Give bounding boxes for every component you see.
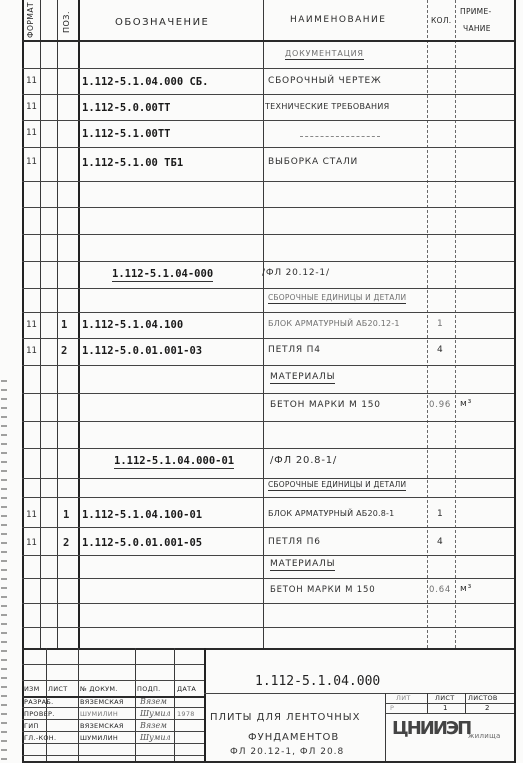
stamp-row-line — [22, 743, 204, 744]
row-line — [22, 603, 514, 604]
stamp-sheets-label: ЛИСТОВ — [468, 695, 498, 702]
cell-qty: 4 — [437, 538, 444, 547]
stamp-col-izm: ИЗМ — [24, 686, 40, 693]
row-line — [22, 478, 514, 479]
stamp-lit-value: Р — [390, 705, 394, 712]
binding-margin-marks — [1, 380, 7, 760]
cell-name: БЛОК АРМАТУРНЫЙ АБ20.12-1 — [268, 320, 400, 328]
role-date: 1978 — [177, 711, 195, 718]
variant2-mark: /ФЛ 20.8-1/ — [270, 456, 337, 466]
row-line — [22, 120, 514, 121]
stamp-organization-logo: ЦНИИЭП — [392, 720, 470, 738]
row-line — [22, 497, 514, 498]
stamp-row-line — [385, 713, 514, 714]
cell-unit: м³ — [460, 585, 472, 594]
stamp-sheet-value: 1 — [443, 705, 448, 712]
role-signature: Вязем — [140, 697, 167, 706]
header-designation: ОБОЗНАЧЕНИЕ — [115, 18, 209, 28]
header-note-line1: ПРИМЕ- — [460, 8, 492, 16]
cell-name: БЕТОН МАРКИ М 150 — [270, 586, 375, 595]
cell-name: ПЕТЛЯ П4 — [268, 346, 321, 355]
header-name: НАИМЕНОВАНИЕ — [290, 16, 386, 25]
col-divider-designation — [263, 0, 264, 648]
cell-qty: 0.96 — [429, 401, 451, 410]
cell-format: 11 — [26, 103, 37, 112]
cell-pos: 1 — [61, 320, 67, 331]
col-divider-format — [40, 0, 41, 648]
role-signature: Вязем — [140, 721, 167, 730]
stamp-title-line3: ФЛ 20.12-1, ФЛ 20.8 — [230, 748, 344, 757]
cell-designation: 1.112-5.0.00ТТ — [82, 103, 171, 114]
cell-format: 11 — [26, 77, 37, 86]
stamp-row-line — [22, 707, 204, 708]
header-qty: КОЛ. — [431, 17, 451, 25]
cell-qty: 0.64 — [429, 586, 451, 595]
row-line — [22, 261, 514, 262]
role-name: ШУМИЛИН — [80, 711, 118, 718]
stamp-row-line — [22, 755, 204, 756]
cell-name: ВЫБОРКА СТАЛИ — [268, 158, 358, 167]
stamp-title-line2: ФУНДАМЕНТОВ — [248, 733, 339, 743]
stamp-col-date: ДАТА — [177, 686, 196, 693]
header-format: ФОРМАТ — [26, 2, 35, 38]
title-block-top-line — [22, 648, 514, 650]
cell-qty: 4 — [437, 346, 444, 355]
row-line — [22, 181, 514, 182]
stamp-sheets-value: 2 — [485, 705, 490, 712]
stamp-organization-suffix: жилища — [468, 733, 501, 740]
cell-qty: 1 — [437, 320, 444, 329]
cell-name: ТЕХНИЧЕСКИЕ ТРЕБОВАНИЯ — [265, 103, 389, 111]
cell-pos: 2 — [61, 346, 67, 357]
role-signature: Шумил — [140, 709, 171, 718]
cell-designation: 1.112-5.0.01.001-05 — [82, 538, 202, 549]
cell-name: ПЕТЛЯ П6 — [268, 538, 321, 547]
row-line — [22, 578, 514, 579]
cell-qty: 1 — [437, 510, 444, 519]
variant1-section-units: СБОРОЧНЫЕ ЕДИНИЦЫ И ДЕТАЛИ — [268, 294, 406, 304]
specification-sheet: ФОРМАТ ПОЗ. ОБОЗНАЧЕНИЕ НАИМЕНОВАНИЕ КОЛ… — [0, 0, 523, 763]
variant1-section-materials: МАТЕРИАЛЫ — [270, 373, 335, 384]
cell-format: 11 — [26, 321, 37, 330]
row-line — [22, 94, 514, 95]
row-line — [22, 234, 514, 235]
cell-format: 11 — [26, 511, 37, 520]
row-line — [22, 365, 514, 366]
stamp-sheet-label: ЛИСТ — [435, 695, 454, 702]
header-pos: ПОЗ. — [62, 11, 71, 33]
cell-designation: 1.112-5.1.00ТТ — [82, 129, 171, 140]
cell-pos: 1 — [63, 510, 69, 521]
cell-format: 11 — [26, 539, 37, 548]
frame-right-border — [514, 0, 516, 763]
variant2-section-materials: МАТЕРИАЛЫ — [270, 560, 335, 571]
row-line — [22, 393, 514, 394]
row-line — [22, 312, 514, 313]
cell-name: БЛОК АРМАТУРНЫЙ АБ20.8-1 — [268, 510, 394, 518]
role-name: ШУМИЛИН — [80, 735, 118, 742]
row-line — [22, 627, 514, 628]
stamp-col-line — [78, 648, 79, 763]
col-divider-qty — [455, 0, 456, 648]
row-line — [22, 448, 514, 449]
header-bottom-line — [22, 40, 514, 42]
col-divider-pos — [78, 0, 80, 648]
row-line — [22, 207, 514, 208]
cell-designation: 1.112-5.1.00 ТБ1 — [82, 158, 183, 169]
variant2-section-units: СБОРОЧНЫЕ ЕДИНИЦЫ И ДЕТАЛИ — [268, 481, 406, 491]
stamp-col-list: ЛИСТ — [48, 686, 67, 693]
stamp-doc-code: 1.112-5.1.04.000 — [255, 675, 380, 688]
cell-designation: 1.112-5.1.04.000 СБ. — [82, 77, 208, 88]
variant2-designation: 1.112-5.1.04.000-01 — [114, 456, 234, 469]
cell-format: 11 — [26, 158, 37, 167]
section-documentation: ДОКУМЕНТАЦИЯ — [285, 50, 364, 60]
col-divider-zone — [57, 0, 58, 648]
role-signature: Шумил — [140, 733, 171, 742]
role-label: ПРОВЕР. — [24, 711, 55, 718]
stamp-col-line — [135, 648, 136, 763]
col-divider-name — [427, 0, 428, 648]
row-line — [22, 338, 514, 339]
role-label: РАЗРАБ. — [24, 699, 54, 706]
cell-designation: 1.112-5.0.01.001-03 — [82, 346, 202, 357]
row-line — [22, 421, 514, 422]
cell-name: БЕТОН МАРКИ М 150 — [270, 401, 381, 410]
stamp-col-sign: ПОДП. — [137, 686, 161, 693]
cell-name: СБОРОЧНЫЙ ЧЕРТЕЖ — [268, 77, 382, 86]
row-line — [22, 555, 514, 556]
cell-designation: 1.112-5.1.04.100 — [82, 320, 183, 331]
stamp-title-line1: ПЛИТЫ ДЛЯ ЛЕНТОЧНЫХ — [210, 713, 360, 723]
stamp-row-line — [22, 719, 204, 720]
row-line — [22, 288, 514, 289]
stamp-row-line — [22, 680, 204, 681]
cell-format: 11 — [26, 129, 37, 138]
row-line — [22, 68, 514, 69]
role-name: ВЯЗЕМСКАЯ — [80, 699, 124, 706]
cell-pos: 2 — [63, 538, 69, 549]
role-label: ГИП — [24, 723, 39, 730]
cell-designation: 1.112-5.1.04.100-01 — [82, 510, 202, 521]
variant1-mark: /ФЛ 20.12-1/ — [262, 269, 330, 278]
role-label: ГЛ.-КОН. — [24, 735, 56, 742]
variant1-designation: 1.112-5.1.04-000 — [112, 269, 213, 282]
stamp-row-line — [22, 731, 204, 732]
header-note-line2: ЧАНИЕ — [463, 25, 491, 33]
row-line — [22, 147, 514, 148]
stamp-col-line — [204, 648, 206, 763]
row-line — [22, 527, 514, 528]
cell-format: 11 — [26, 347, 37, 356]
stamp-row-line — [385, 703, 514, 704]
stamp-col-line — [174, 648, 175, 763]
cell-name-blank-line — [300, 136, 380, 137]
cell-unit: м³ — [460, 400, 472, 409]
stamp-col-doc-no: № ДОКУМ. — [80, 686, 118, 693]
role-name: ВЯЗЕМСКАЯ — [80, 723, 124, 730]
stamp-row-line — [22, 664, 204, 665]
stamp-lit-label: ЛИТ — [396, 695, 411, 702]
